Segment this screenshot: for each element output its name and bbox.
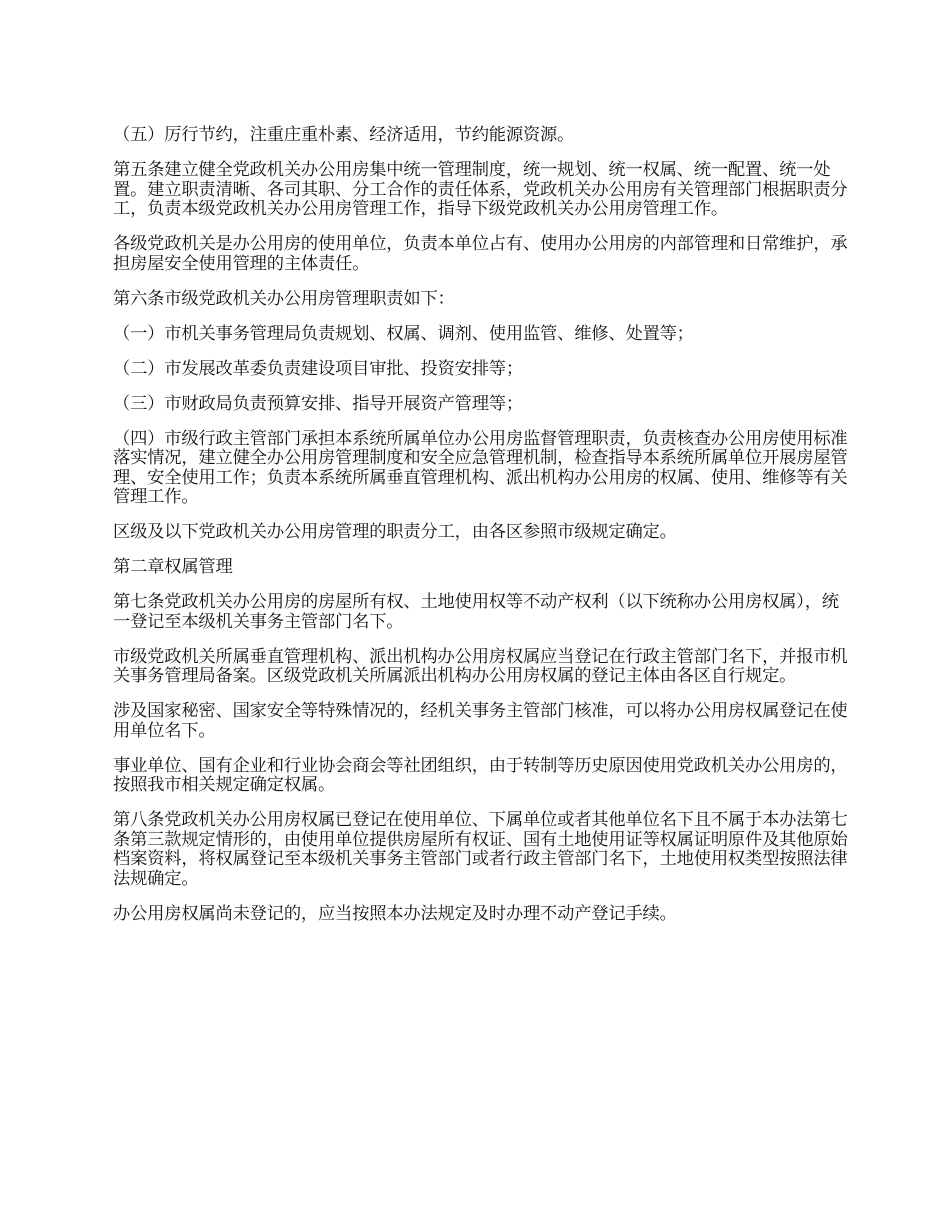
paragraph-item-4: （四）市级行政主管部门承担本系统所属单位办公用房监督管理职责，负责核查办公用房使… [113,430,853,508]
chapter-heading: 第二章权属管理 [113,558,853,578]
document-page: （五）厉行节约，注重庄重朴素、经济适用，节约能源资源。 第五条建立健全党政机关办… [113,126,853,940]
paragraph-state-secrets: 涉及国家秘密、国家安全等特殊情况的，经机关事务主管部门核准，可以将办公用房权属登… [113,702,853,741]
paragraph-item-3: （三）市财政局负责预算安排、指导开展资产管理等； [113,395,853,415]
paragraph-article-6: 第六条市级党政机关办公用房管理职责如下： [113,290,853,310]
paragraph-article-7: 第七条党政机关办公用房的房屋所有权、土地使用权等不动产权利（以下统称办公用房权属… [113,593,853,632]
paragraph-district-level: 区级及以下党政机关办公用房管理的职责分工，由各区参照市级规定确定。 [113,523,853,543]
paragraph-item-5-frugality: （五）厉行节约，注重庄重朴素、经济适用，节约能源资源。 [113,126,853,146]
paragraph-item-2: （二）市发展改革委负责建设项目审批、投资安排等； [113,360,853,380]
paragraph-article-8: 第八条党政机关办公用房权属已登记在使用单位、下属单位或者其他单位名下且不属于本办… [113,811,853,889]
paragraph-item-1: （一）市机关事务管理局负责规划、权属、调剂、使用监管、维修、处置等； [113,325,853,345]
paragraph-article-5: 第五条建立健全党政机关办公用房集中统一管理制度，统一规划、统一权属、统一配置、统… [113,161,853,220]
paragraph-vertical-agencies: 市级党政机关所属垂直管理机构、派出机构办公用房权属应当登记在行政主管部门名下，并… [113,648,853,687]
paragraph-unregistered: 办公用房权属尚未登记的，应当按照本办法规定及时办理不动产登记手续。 [113,905,853,925]
paragraph-usage-units: 各级党政机关是办公用房的使用单位，负责本单位占有、使用办公用房的内部管理和日常维… [113,235,853,274]
paragraph-public-institutions: 事业单位、国有企业和行业协会商会等社团组织，由于转制等历史原因使用党政机关办公用… [113,757,853,796]
